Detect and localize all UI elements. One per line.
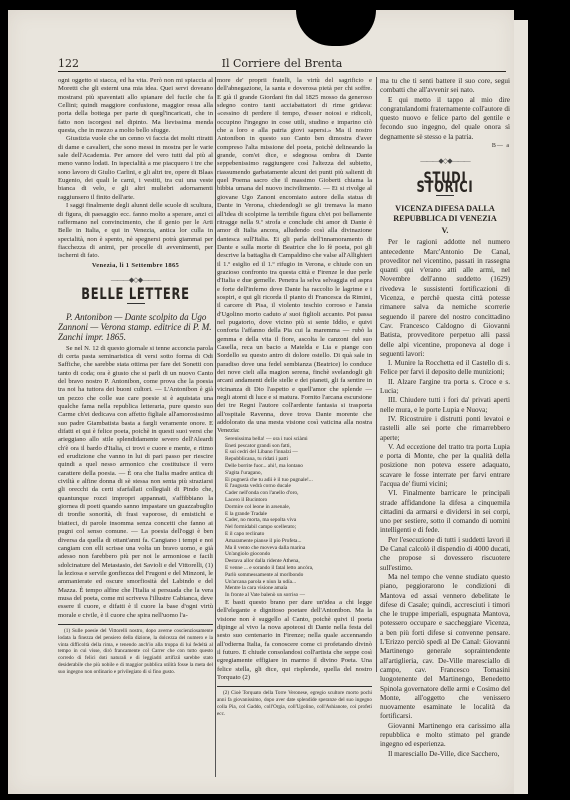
list-item: V. Ad eccezione del tratto tra porta Lup… — [380, 443, 510, 489]
poem-line: E sui cedri del Libano l'innalzi — — [225, 449, 372, 456]
paragraph: more de' proprii fratelli, la virtù del … — [217, 77, 372, 436]
column-1: ogni oggetto si stacca, ed ha vita. Però… — [58, 77, 213, 676]
poem-line: Cader nell'onda con l'anello d'oro, — [225, 490, 372, 497]
poem-line: Lacero il Bucintoro — [225, 497, 372, 504]
column-2: more de' proprii fratelli, la virtù del … — [217, 77, 372, 718]
poem-line: Ma il vento che moveva dalla marina — [225, 545, 372, 552]
list-item: VI. Finalmente barricare le principali s… — [380, 489, 510, 535]
poem-line: E l'augusta vedrà corno ducale — [225, 483, 372, 490]
torn-edge — [528, 200, 570, 300]
poem-line: E la grande Tradale — [225, 511, 372, 518]
page-edge — [514, 20, 528, 794]
section-title: BELLE LETTERE — [80, 290, 192, 298]
paragraph: Per le ragioni addotte nel numero antece… — [380, 238, 510, 359]
poem-line: Parlò sommessamente al morlbondo — [225, 572, 372, 579]
poem-line: E venne ... e sorando il fatal letto anc… — [225, 565, 372, 572]
poem-line: In fronte al Vate balenò un sorriso — — [225, 592, 372, 599]
paragraph: Il maresciallo De-Ville, dice Sacchero, — [380, 750, 510, 759]
article-heading: P. Antonibon — Dante scolpito da Ugo Zan… — [58, 312, 213, 342]
page-header: 122 Il Corriere del Brenta — [58, 57, 506, 72]
poem-line: Serenissima bella! — ora i tuoi sciàmi — [225, 436, 372, 443]
paragraph: Se nel N. 12 di questo giornale si tenne… — [58, 345, 213, 620]
paragraph: ogni oggetto si stacca, ed ha vita. Però… — [58, 77, 213, 135]
paragraph: E basti questo brano per dare un'idea a … — [217, 599, 372, 682]
paragraph: E qui metto il tappo al mio dire congrat… — [380, 96, 510, 142]
column-3: ma tu che ti senti battere il suo core, … — [380, 77, 510, 759]
footnote-text: (2) Cioè Torquato della Torre Veronese, … — [217, 690, 372, 717]
poem-line: Dormire col leone in arsenale, — [225, 504, 372, 511]
poem-line: Delle borrite fuor... ahi!, ma lontano — [225, 463, 372, 470]
poem-line: Ei pugnerà che tu adìi è il tuo pugnale!… — [225, 477, 372, 484]
poem-line: Repubblicana, tu ridati i patti — [225, 456, 372, 463]
poem: Serenissima bella! — ora i tuoi sciàmiEn… — [217, 436, 372, 599]
poem-line: Un'arcana parola e niun la udía... — [225, 579, 372, 586]
poem-line: Nel formidabil campo scellerato; — [225, 524, 372, 531]
list-item: IV. Ricostruire i distrutti ponti levato… — [380, 415, 510, 443]
newspaper-title: Il Corriere del Brenta — [58, 57, 506, 70]
paragraph: Ma nel tempo che venne studiato questo p… — [380, 573, 510, 722]
article-title: VICENZA DIFESA DALLA REPUBBLICA DI VENEZ… — [380, 204, 510, 224]
paragraph: Giustizia vuole che un cenno vi faccia d… — [58, 135, 213, 202]
section-title: STUDI STORICI — [398, 173, 492, 192]
poem-line: Amaramente pianse il pio Profeta... — [225, 538, 372, 545]
ornament-divider: ———◆◇◆——— — [380, 157, 510, 166]
paragraph: Giovanni Martinengo era carissimo alla r… — [380, 722, 510, 750]
column-divider — [215, 77, 216, 777]
list-item: I. Munire la Rocchetta ed il Castello di… — [380, 359, 510, 378]
poem-line: Eneti pescator grandi son fatti, — [225, 443, 372, 450]
paragraph: Per l'esecuzione di tutti i suddetti lav… — [380, 536, 510, 573]
footnote-text: (1) Sulle poesie del Vittorelli nostro, … — [58, 628, 213, 676]
ornament-divider: ———◆◇◆——— — [58, 276, 213, 284]
poem-line: S'agita l'uragano, — [225, 470, 372, 477]
list-item: III. Chiudere tutti i fori da' privati a… — [380, 396, 510, 415]
list-item: II. Alzare l'argine tra porta s. Croce e… — [380, 378, 510, 397]
poem-line: Un'angiolo giocondo — [225, 551, 372, 558]
footnote: (1) Sulle poesie del Vittorelli nostro, … — [58, 624, 213, 676]
signature: B— a — [380, 142, 510, 151]
part-number: V. — [380, 226, 510, 236]
paragraph: I saggi finalmente degli alunni delle sc… — [58, 202, 213, 260]
poem-line: E il capo reclinato — [225, 531, 372, 538]
dateline: Venezia, li 1 Settembre 1865 — [58, 262, 213, 270]
poem-line: Destava allor dalla ridente Athena, — [225, 558, 372, 565]
paragraph: ma tu che ti senti battere il suo core, … — [380, 77, 510, 96]
column-divider — [376, 77, 377, 672]
footnote: (2) Cioè Torquato della Torre Veronese, … — [217, 686, 372, 717]
